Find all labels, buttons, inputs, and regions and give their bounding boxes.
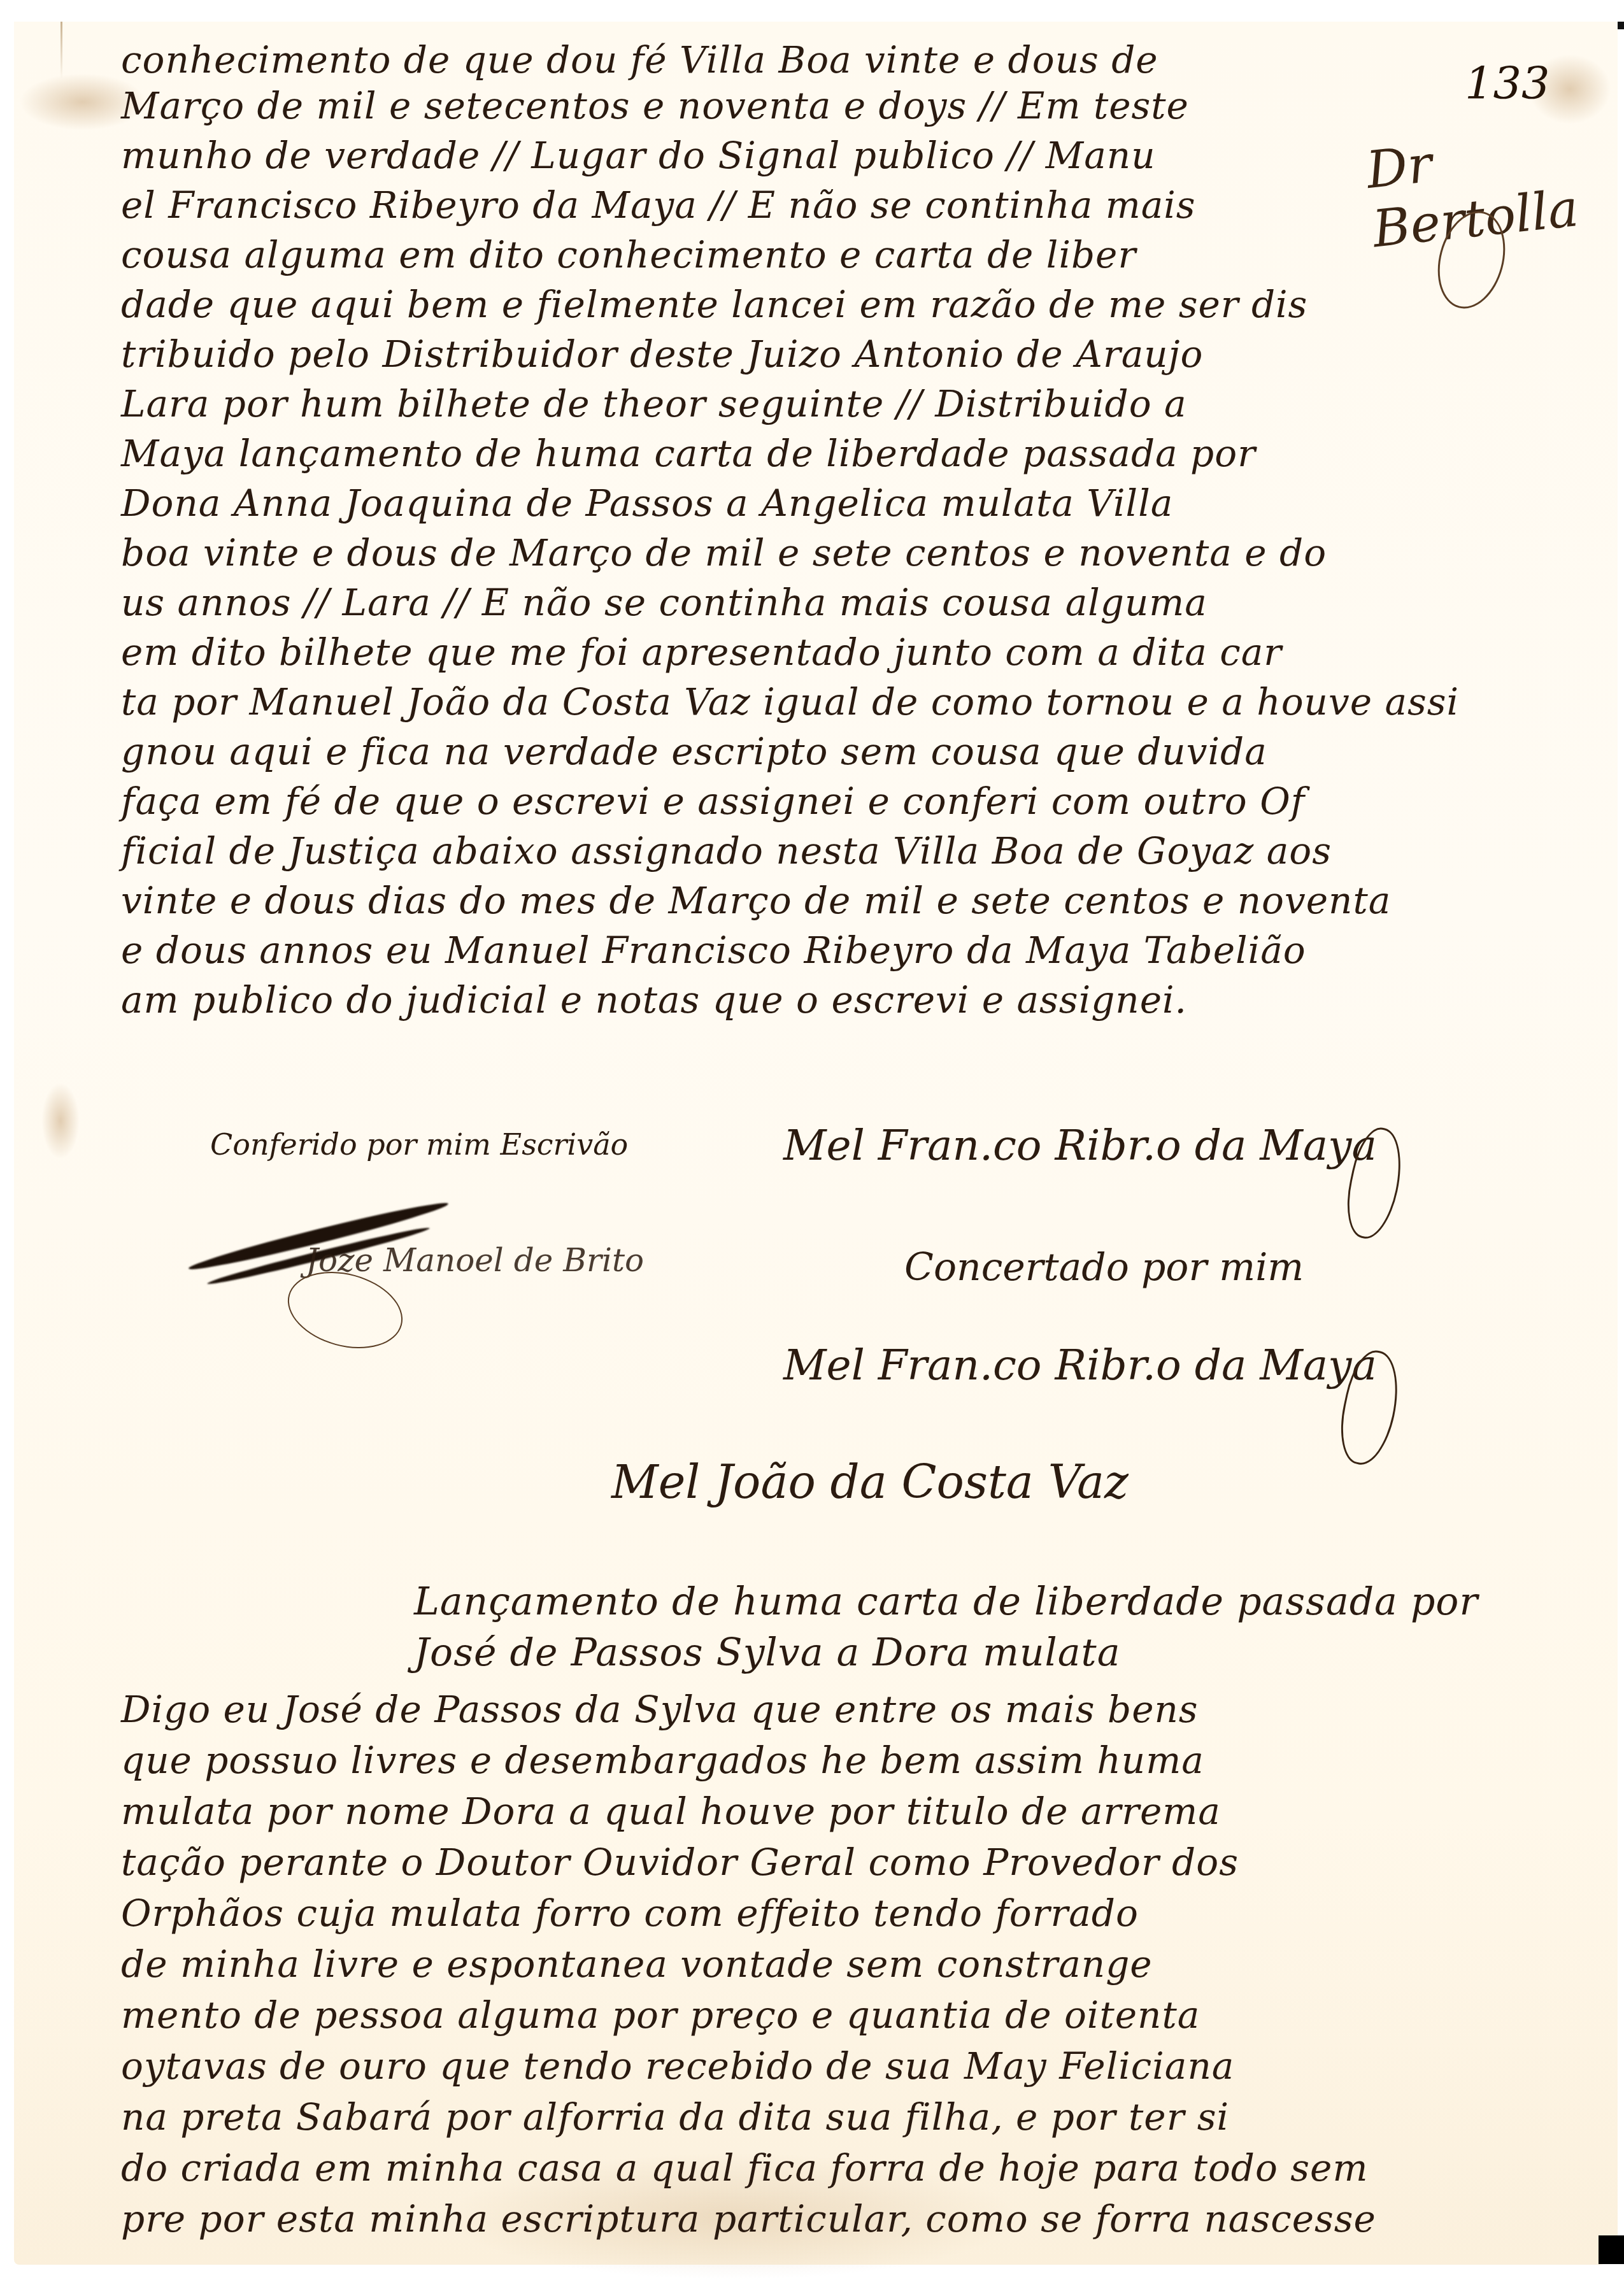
conferido-note: Conferido por mim Escrivão [210,1127,628,1162]
body-line: tação perante o Doutor Ouvidor Geral com… [121,1841,1560,1884]
body-line: cousa alguma em dito conhecimento e cart… [121,233,1560,276]
body-line: boa vinte e dous de Março de mil e sete … [121,531,1560,574]
body-line: el Francisco Ribeyro da Maya // E não se… [121,183,1560,227]
body-line: Março de mil e setecentos e noventa e do… [121,84,1560,127]
body-line: de minha livre e espontanea vontade sem … [121,1942,1560,1986]
body-line: em dito bilhete que me foi apresentado j… [121,631,1560,674]
crossed-out-signature: Joze Manoel de Brito [306,1242,644,1279]
body-line: ficial de Justiça abaixo assignado nesta… [121,829,1560,873]
body-line: do criada em minha casa a qual fica forr… [121,2146,1560,2190]
body-line: que possuo livres e desembargados he bem… [121,1739,1560,1782]
body-line: gnou aqui e fica na verdade escripto sem… [121,730,1560,773]
signature-manuel-joao-da-costa-vaz: Mel João da Costa Vaz [611,1455,1129,1509]
concertado-note: Concertado por mim [904,1245,1304,1290]
signature-manuel-francisco-ribeyro-2: Mel Fran.co Ribr.o da Maya [783,1341,1377,1390]
body-line: ta por Manuel João da Costa Vaz igual de… [121,680,1560,723]
body-line: mulata por nome Dora a qual houve por ti… [121,1790,1560,1833]
paper-stain-left-edge [41,1083,80,1159]
body-line: vinte e dous dias do mes de Março de mil… [121,879,1560,922]
body-line: mento de pessoa alguma por preço e quant… [121,1993,1560,2037]
scan-edge-bottom-right [1599,2235,1624,2264]
body-line: tribuido pelo Distribuidor deste Juizo A… [121,332,1560,376]
body-line: Maya lançamento de huma carta de liberda… [121,432,1560,475]
body-line: Digo eu José de Passos da Sylva que entr… [121,1688,1560,1731]
body-line: e dous annos eu Manuel Francisco Ribeyro… [121,929,1560,972]
body-line: pre por esta minha escriptura particular… [121,2197,1560,2241]
body-line: Lara por hum bilhete de theor seguinte /… [121,382,1560,425]
body-line: dade que aqui bem e fielmente lancei em … [121,283,1560,326]
body-line: faça em fé de que o escrevi e assignei e… [121,780,1560,823]
body-line: na preta Sabará por alforria da dita sua… [121,2095,1560,2139]
body-line: conhecimento de que dou fé Villa Boa vin… [121,38,1560,82]
section-heading: José de Passos Sylva a Dora mulata [414,1630,1120,1675]
scan-edge-top-right [1618,22,1624,29]
body-line: us annos // Lara // E não se continha ma… [121,581,1560,624]
section-heading: Lançamento de huma carta de liberdade pa… [414,1579,1478,1624]
body-line: oytavas de ouro que tendo recebido de su… [121,2044,1560,2088]
body-line: Orphãos cuja mulata forro com effeito te… [121,1892,1560,1935]
body-line: Dona Anna Joaquina de Passos a Angelica … [121,481,1560,525]
body-line: munho de verdade // Lugar do Signal publ… [121,134,1560,177]
signature-manuel-francisco-ribeyro-1: Mel Fran.co Ribr.o da Maya [783,1121,1377,1170]
body-line: am publico do judicial e notas que o esc… [121,978,1560,1022]
page-fold-mark [61,22,62,79]
